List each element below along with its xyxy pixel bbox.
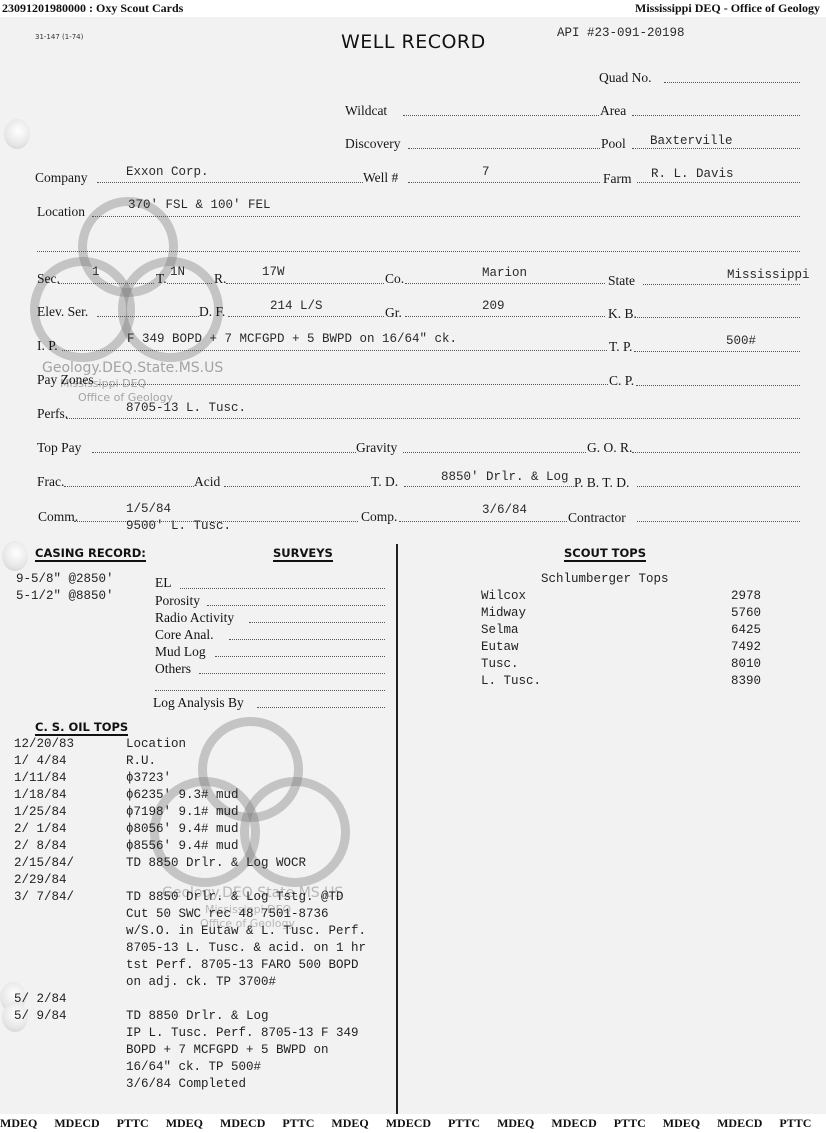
oil-tops-heading: C. S. OIL TOPS (35, 720, 128, 736)
survey-radio-activity-field (249, 621, 385, 623)
location-field-line2 (37, 250, 800, 252)
entry-text: 16/64" ck. TP 500# (126, 1060, 261, 1074)
comp-value: 3/6/84 (482, 503, 527, 517)
casing-record-heading: CASING RECORD: (35, 546, 146, 562)
watermark-circle-icon (240, 777, 350, 887)
scout-tops-subheading: Schlumberger Tops (541, 572, 669, 586)
survey-el-label: EL (155, 575, 172, 591)
td-label: T. D. (371, 474, 398, 490)
township-field (167, 282, 212, 284)
formation-name: L. Tusc. (481, 674, 541, 688)
hole-punch (2, 541, 28, 571)
footer-item: MDECD (717, 1116, 762, 1130)
well-no-label: Well # (363, 170, 398, 186)
oil-top-row: 1/18/84ϕ6235' 9.3# mud (14, 788, 239, 802)
entry-text: on adj. ck. TP 3700# (126, 975, 276, 989)
entry-date: 2/ 8/84 (14, 839, 126, 853)
gor-field (632, 451, 800, 453)
oil-top-row: 5/ 2/84 (14, 992, 126, 1006)
entry-text: ϕ8056' 9.4# mud (126, 822, 239, 836)
sec-field (58, 282, 154, 284)
company-value: Exxon Corp. (126, 165, 209, 179)
entry-date: 5/ 2/84 (14, 992, 126, 1006)
pbtd-label: P. B. T. D. (574, 475, 629, 491)
gor-label: G. O. R. (587, 440, 632, 456)
entry-date: 3/ 7/84/ (14, 890, 126, 904)
frac-field (64, 485, 194, 487)
formation-name: Eutaw (481, 640, 519, 654)
entry-text: BOPD + 7 MCFGPD + 5 BWPD on (126, 1043, 329, 1057)
oil-top-row: 2/29/84 (14, 873, 126, 887)
sec-value: 1 (92, 265, 100, 279)
footer-item: MDECD (54, 1116, 99, 1130)
well-no-field (408, 181, 600, 183)
formation-depth: 2978 (731, 589, 761, 603)
pool-value: Baxterville (650, 134, 733, 148)
survey-blank-field (155, 689, 385, 691)
tp-field (634, 350, 800, 352)
oil-top-row: 12/20/83Location (14, 737, 186, 751)
ip-label: I. P. (37, 338, 58, 354)
entry-text: 8705-13 L. Tusc. & acid. on 1 hr (126, 941, 366, 955)
survey-core-anal-label: Core Anal. (155, 627, 214, 643)
footer-item: PTTC (779, 1116, 811, 1130)
scout-top-row: L. Tusc.8390 (481, 674, 761, 688)
oil-top-row: 1/ 4/84R.U. (14, 754, 156, 768)
area-label: Area (600, 103, 626, 119)
range-field (226, 282, 384, 284)
gr-value: 209 (482, 299, 505, 313)
wildcat-label: Wildcat (345, 103, 387, 119)
oil-top-row: 16/64" ck. TP 500# (14, 1060, 261, 1074)
scout-top-row: Eutaw7492 (481, 640, 761, 654)
entry-text: Location (126, 737, 186, 751)
formation-depth: 8390 (731, 674, 761, 688)
county-label: Co. (385, 271, 404, 287)
survey-porosity-field (207, 604, 385, 606)
footer-item: MDECD (220, 1116, 265, 1130)
quad-no-field (664, 81, 800, 83)
oil-top-row: 5/ 9/84TD 8850 Drlr. & Log (14, 1009, 269, 1023)
ip-field (62, 349, 607, 351)
footer-item: PTTC (117, 1116, 149, 1130)
entry-text: TD 8850 Drlr. & Log WOCR (126, 856, 306, 870)
discovery-label: Discovery (345, 136, 400, 152)
footer-item: MDECD (386, 1116, 431, 1130)
column-divider (396, 544, 398, 1114)
tp-value: 500# (726, 334, 756, 348)
township-value: 1N (170, 265, 185, 279)
hole-punch (4, 119, 30, 149)
scout-top-row: Selma6425 (481, 623, 761, 637)
location-value: 370' FSL & 100' FEL (128, 198, 271, 212)
perfs-label: Perfs. (37, 406, 68, 422)
footer-item: MDEQ (331, 1116, 368, 1130)
location-field (92, 215, 800, 217)
contractor-field (637, 520, 800, 522)
form-number: 31-147 (1-74) (35, 33, 83, 41)
log-analysis-by-label: Log Analysis By (153, 695, 244, 711)
oil-top-row: Cut 50 SWC rec 48 7501-8736 (14, 907, 329, 921)
formation-depth: 5760 (731, 606, 761, 620)
footer-item: MDEQ (497, 1116, 534, 1130)
formation-name: Wilcox (481, 589, 526, 603)
oil-top-row: 2/15/84/TD 8850 Drlr. & Log WOCR (14, 856, 306, 870)
entry-text: w/S.O. in Eutaw & L. Tusc. Perf. (126, 924, 366, 938)
comp-label: Comp. (361, 509, 397, 525)
survey-radio-activity-label: Radio Activity (155, 610, 234, 626)
top-banner: 23091201980000 : Oxy Scout Cards Mississ… (0, 0, 826, 17)
surveys-heading: SURVEYS (273, 546, 333, 562)
casing-row: 9-5/8" @2850' (16, 572, 114, 586)
well-record-card: Geology.DEQ.State.MS.US Mississippi DEQ … (0, 17, 826, 1114)
acid-field (224, 485, 370, 487)
footer-item: PTTC (448, 1116, 480, 1130)
casing-row: 5-1/2" @8850' (16, 589, 114, 603)
entry-date: 5/ 9/84 (14, 1009, 126, 1023)
survey-mud-log-label: Mud Log (155, 644, 206, 660)
state-label: State (608, 273, 635, 289)
range-label: R. (214, 271, 226, 287)
formation-name: Midway (481, 606, 526, 620)
page-title: WELL RECORD (341, 31, 486, 53)
discovery-field (408, 147, 600, 149)
entry-date: 1/18/84 (14, 788, 126, 802)
oil-top-row: 1/25/84ϕ7198' 9.1# mud (14, 805, 239, 819)
entry-text: tst Perf. 8705-13 FARO 500 BOPD (126, 958, 359, 972)
farm-field (637, 181, 800, 183)
township-label: T. (156, 271, 167, 287)
area-field (632, 114, 800, 116)
scout-top-row: Wilcox2978 (481, 589, 761, 603)
location-label: Location (37, 204, 85, 220)
oil-top-row: 8705-13 L. Tusc. & acid. on 1 hr (14, 941, 366, 955)
survey-el-field (180, 587, 385, 589)
formation-depth: 6425 (731, 623, 761, 637)
oil-top-row: 2/ 1/84ϕ8056' 9.4# mud (14, 822, 239, 836)
oil-top-row: on adj. ck. TP 3700# (14, 975, 276, 989)
kb-label: K. B. (608, 306, 637, 322)
entry-date: 12/20/83 (14, 737, 126, 751)
pay-zones-field (98, 383, 608, 385)
footer-item: MDEQ (663, 1116, 700, 1130)
footer-item: MDECD (551, 1116, 596, 1130)
survey-others-label: Others (155, 661, 191, 677)
pool-label: Pool (601, 136, 626, 152)
county-value: Marion (482, 266, 527, 280)
oil-top-row: 3/ 7/84/TD 8850 Drlr. & Log Tstg. @TD (14, 890, 344, 904)
comm-note: 9500' L. Tusc. (126, 519, 231, 533)
entry-text: ϕ8556' 9.4# mud (126, 839, 239, 853)
oil-top-row: BOPD + 7 MCFGPD + 5 BWPD on (14, 1043, 329, 1057)
entry-text: TD 8850 Drlr. & Log Tstg. @TD (126, 890, 344, 904)
footer-item: MDEQ (166, 1116, 203, 1130)
oil-top-row: w/S.O. in Eutaw & L. Tusc. Perf. (14, 924, 366, 938)
gravity-label: Gravity (356, 440, 397, 456)
df-field (228, 315, 384, 317)
entry-text: ϕ3723' (126, 771, 171, 785)
log-analysis-by-field (257, 706, 385, 708)
oil-top-row: tst Perf. 8705-13 FARO 500 BOPD (14, 958, 359, 972)
entry-text: ϕ6235' 9.3# mud (126, 788, 239, 802)
county-field (405, 282, 605, 284)
wildcat-field (403, 114, 599, 116)
kb-field (637, 316, 800, 318)
pbtd-field (637, 485, 800, 487)
perfs-value: 8705-13 L. Tusc. (126, 401, 246, 415)
entry-date: 2/29/84 (14, 873, 126, 887)
footer-item: PTTC (614, 1116, 646, 1130)
entry-text: 3/6/84 Completed (126, 1077, 246, 1091)
survey-mud-log-field (215, 655, 385, 657)
oil-top-row: IP L. Tusc. Perf. 8705-13 F 349 (14, 1026, 359, 1040)
top-pay-field (92, 451, 356, 453)
footer-banner: MDEQ MDECD PTTC MDEQ MDECD PTTC MDEQ MDE… (0, 1115, 826, 1133)
ip-value: F 349 BOPD + 7 MCFGPD + 5 BWPD on 16/64"… (127, 332, 457, 346)
formation-name: Tusc. (481, 657, 519, 671)
sec-label: Sec. (37, 271, 60, 287)
state-field (643, 283, 800, 285)
tp-label: T. P. (609, 339, 632, 355)
record-id-label: 23091201980000 : Oxy Scout Cards (2, 0, 183, 17)
comm-label: Comm. (38, 509, 78, 525)
footer-item: MDEQ (0, 1116, 37, 1130)
formation-depth: 8010 (731, 657, 761, 671)
oil-top-row: 1/11/84ϕ3723' (14, 771, 171, 785)
gr-label: Gr. (385, 305, 402, 321)
farm-label: Farm (603, 171, 632, 187)
oil-top-row: 3/6/84 Completed (14, 1077, 246, 1091)
df-value: 214 L/S (270, 299, 323, 313)
formation-depth: 7492 (731, 640, 761, 654)
oil-top-row: 2/ 8/84ϕ8556' 9.4# mud (14, 839, 239, 853)
farm-value: R. L. Davis (651, 167, 734, 181)
formation-name: Selma (481, 623, 519, 637)
state-value: Mississippi (727, 268, 810, 282)
well-no-value: 7 (482, 165, 490, 179)
entry-date: 1/25/84 (14, 805, 126, 819)
entry-text: R.U. (126, 754, 156, 768)
td-value: 8850' Drlr. & Log (441, 470, 569, 484)
comp-field (399, 520, 567, 522)
acid-label: Acid (194, 474, 220, 490)
elev-ser-label: Elev. Ser. (37, 304, 88, 320)
company-label: Company (35, 170, 88, 186)
entry-date: 2/ 1/84 (14, 822, 126, 836)
entry-text: ϕ7198' 9.1# mud (126, 805, 239, 819)
range-value: 17W (262, 265, 285, 279)
survey-core-anal-field (229, 638, 385, 640)
top-pay-label: Top Pay (37, 440, 81, 456)
cp-label: C. P. (609, 373, 634, 389)
gr-field (405, 315, 605, 317)
scout-top-row: Tusc.8010 (481, 657, 761, 671)
footer-item: PTTC (282, 1116, 314, 1130)
gravity-field (403, 451, 586, 453)
df-label: D. F. (199, 304, 225, 320)
td-field (404, 485, 574, 487)
elev-ser-field (97, 315, 199, 317)
survey-others-field (199, 672, 385, 674)
entry-date: 1/ 4/84 (14, 754, 126, 768)
cp-field (636, 384, 800, 386)
comm-value: 1/5/84 (126, 502, 171, 516)
entry-date: 1/11/84 (14, 771, 126, 785)
survey-porosity-label: Porosity (155, 593, 200, 609)
scout-tops-heading: SCOUT TOPS (564, 546, 646, 562)
pay-zones-label: Pay Zones (37, 372, 94, 388)
frac-label: Frac. (37, 474, 64, 490)
entry-text: IP L. Tusc. Perf. 8705-13 F 349 (126, 1026, 359, 1040)
scout-top-row: Midway5760 (481, 606, 761, 620)
entry-text: Cut 50 SWC rec 48 7501-8736 (126, 907, 329, 921)
perfs-field (66, 417, 800, 419)
api-number: API #23-091-20198 (557, 26, 685, 40)
contractor-label: Contractor (568, 510, 626, 526)
company-field (97, 181, 363, 183)
quad-no-label: Quad No. (599, 70, 652, 86)
agency-label: Mississippi DEQ - Office of Geology (635, 0, 820, 17)
entry-text: TD 8850 Drlr. & Log (126, 1009, 269, 1023)
entry-date: 2/15/84/ (14, 856, 126, 870)
